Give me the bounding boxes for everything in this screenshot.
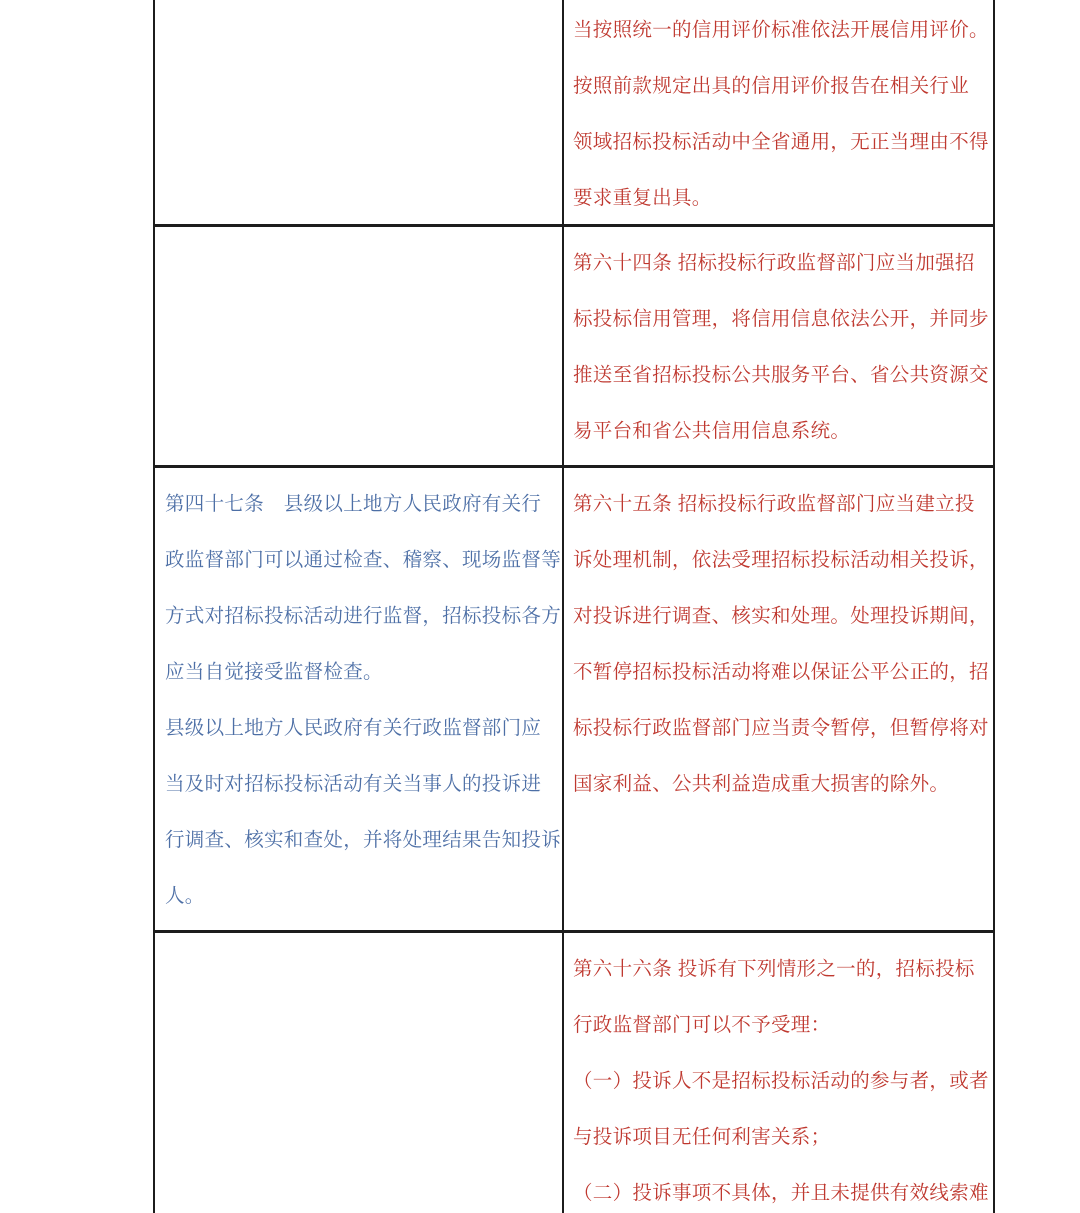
new-provision-text: 第六十四条 招标投标行政监督部门应当加强招 标投标信用管理，将信用信息依法公开，… [573,235,989,459]
right-column-cell-row-4: 第六十六条 投诉有下列情形之一的，招标投标 行政监督部门可以不予受理： （一）投… [564,933,995,1213]
right-column-cell-row-3: 第六十五条 招标投标行政监督部门应当建立投 诉处理机制，依法受理招标投标活动相关… [564,468,995,930]
new-provision-text: 第六十六条 投诉有下列情形之一的，招标投标 行政监督部门可以不予受理： （一）投… [573,941,989,1213]
left-column-cell-row-1 [153,0,564,224]
table-row-1: 当按照统一的信用评价标准依法开展信用评价。 按照前款规定出具的信用评价报告在相关… [153,0,995,227]
right-column-cell-row-1: 当按照统一的信用评价标准依法开展信用评价。 按照前款规定出具的信用评价报告在相关… [564,0,995,224]
table-row-3: 第四十七条 县级以上地方人民政府有关行 政监督部门可以通过检查、稽察、现场监督等… [153,468,995,933]
new-provision-text: 第六十五条 招标投标行政监督部门应当建立投 诉处理机制，依法受理招标投标活动相关… [573,476,989,812]
left-column-cell-row-4 [153,933,564,1213]
left-column-cell-row-2 [153,227,564,465]
table-row-2: 第六十四条 招标投标行政监督部门应当加强招 标投标信用管理，将信用信息依法公开，… [153,227,995,468]
right-column-cell-row-2: 第六十四条 招标投标行政监督部门应当加强招 标投标信用管理，将信用信息依法公开，… [564,227,995,465]
left-column-cell-row-3: 第四十七条 县级以上地方人民政府有关行 政监督部门可以通过检查、稽察、现场监督等… [153,468,564,930]
document-page: 当按照统一的信用评价标准依法开展信用评价。 按照前款规定出具的信用评价报告在相关… [0,0,1080,1213]
new-provision-text: 当按照统一的信用评价标准依法开展信用评价。 按照前款规定出具的信用评价报告在相关… [573,2,989,224]
table-row-4: 第六十六条 投诉有下列情形之一的，招标投标 行政监督部门可以不予受理： （一）投… [153,933,995,1213]
old-provision-text: 第四十七条 县级以上地方人民政府有关行 政监督部门可以通过检查、稽察、现场监督等… [165,476,558,924]
regulation-comparison-table: 当按照统一的信用评价标准依法开展信用评价。 按照前款规定出具的信用评价报告在相关… [153,0,995,1213]
